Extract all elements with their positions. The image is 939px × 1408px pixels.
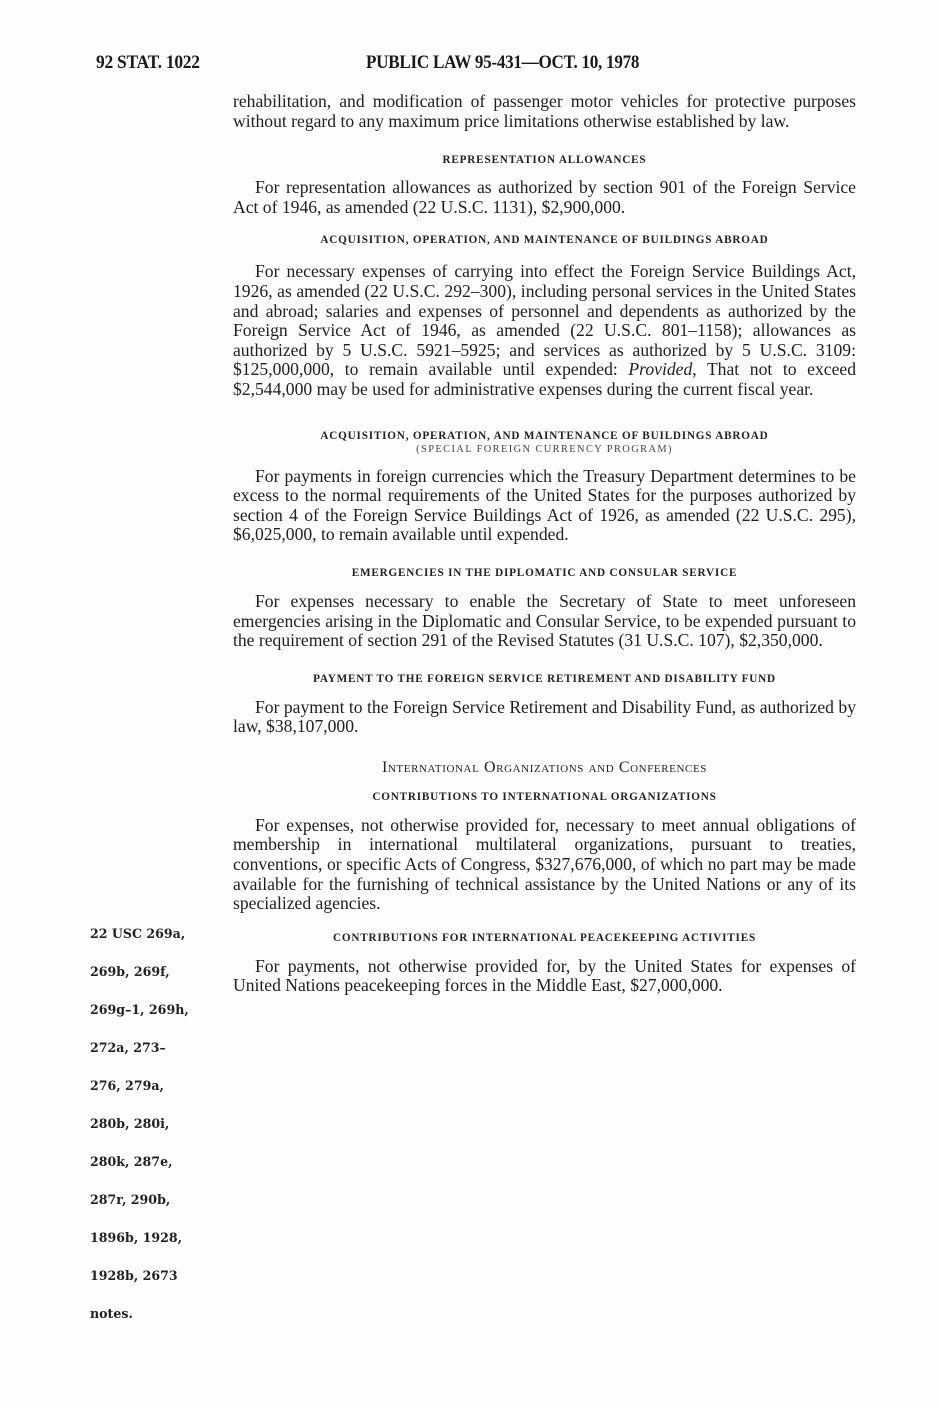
proviso-italic: Provided [628,359,692,379]
running-head: 92 STAT. 1022 PUBLIC LAW 95-431—OCT. 10,… [96,52,856,78]
citation-line: 276, 279a, [90,1076,225,1095]
section-heading: EMERGENCIES IN THE DIPLOMATIC AND CONSUL… [233,567,856,579]
section-buildings-abroad: ACQUISITION, OPERATION, AND MAINTENANCE … [233,234,856,399]
section-heading: ACQUISITION, OPERATION, AND MAINTENANCE … [233,430,856,442]
section-paragraph: For representation allowances as authori… [233,178,856,217]
section-subheading: (SPECIAL FOREIGN CURRENCY PROGRAM) [233,444,856,455]
section-heading: ACQUISITION, OPERATION, AND MAINTENANCE … [233,234,856,246]
citation-line: 1928b, 2673 [90,1266,225,1285]
citation-line: 269g–1, 269h, [90,1000,225,1019]
citation-line: 280b, 280i, [90,1114,225,1133]
section-emergencies: EMERGENCIES IN THE DIPLOMATIC AND CONSUL… [233,567,856,651]
citation-line: 22 USC 269a, [90,924,225,943]
section-heading: CONTRIBUTIONS FOR INTERNATIONAL PEACEKEE… [233,932,856,944]
body-column: rehabilitation, and modification of pass… [233,92,856,996]
section-representation-allowances: REPRESENTATION ALLOWANCES For representa… [233,154,856,217]
citation-line: 269b, 269f, [90,962,225,981]
section-paragraph: For payment to the Foreign Service Retir… [233,698,856,737]
section-intl-orgs-title: International Organizations and Conferen… [233,759,856,777]
page-folio: 92 STAT. 1022 [96,52,200,74]
section-heading: PAYMENT TO THE FOREIGN SERVICE RETIREMEN… [233,673,856,685]
margin-citation-note: 22 USC 269a, 269b, 269f, 269g–1, 269h, 2… [90,905,225,1342]
section-paragraph: For payments in foreign currencies which… [233,467,856,545]
section-paragraph: For necessary expenses of carrying into … [233,262,856,399]
citation-line: 272a, 273– [90,1038,225,1057]
section-peacekeeping: CONTRIBUTIONS FOR INTERNATIONAL PEACEKEE… [233,932,856,996]
section-paragraph: For payments, not otherwise provided for… [233,957,856,996]
title-heading: International Organizations and Conferen… [233,759,856,777]
citation-line: 1896b, 1928, [90,1228,225,1247]
section-heading: CONTRIBUTIONS TO INTERNATIONAL ORGANIZAT… [233,791,856,803]
citation-line: notes. [90,1304,225,1323]
continuation-paragraph: rehabilitation, and modification of pass… [233,92,856,131]
section-retirement-fund: PAYMENT TO THE FOREIGN SERVICE RETIREMEN… [233,673,856,737]
citation-line: 287r, 290b, [90,1190,225,1209]
section-paragraph: For expenses, not otherwise provided for… [233,816,856,914]
section-contributions-intl-orgs: CONTRIBUTIONS TO INTERNATIONAL ORGANIZAT… [233,791,856,914]
section-buildings-abroad-special-currency: ACQUISITION, OPERATION, AND MAINTENANCE … [233,430,856,545]
law-title: PUBLIC LAW 95-431—OCT. 10, 1978 [366,52,639,74]
section-paragraph: For expenses necessary to enable the Sec… [233,592,856,651]
citation-line: 280k, 287e, [90,1152,225,1171]
section-heading: REPRESENTATION ALLOWANCES [233,154,856,166]
document-page: 92 STAT. 1022 PUBLIC LAW 95-431—OCT. 10,… [0,0,939,1408]
